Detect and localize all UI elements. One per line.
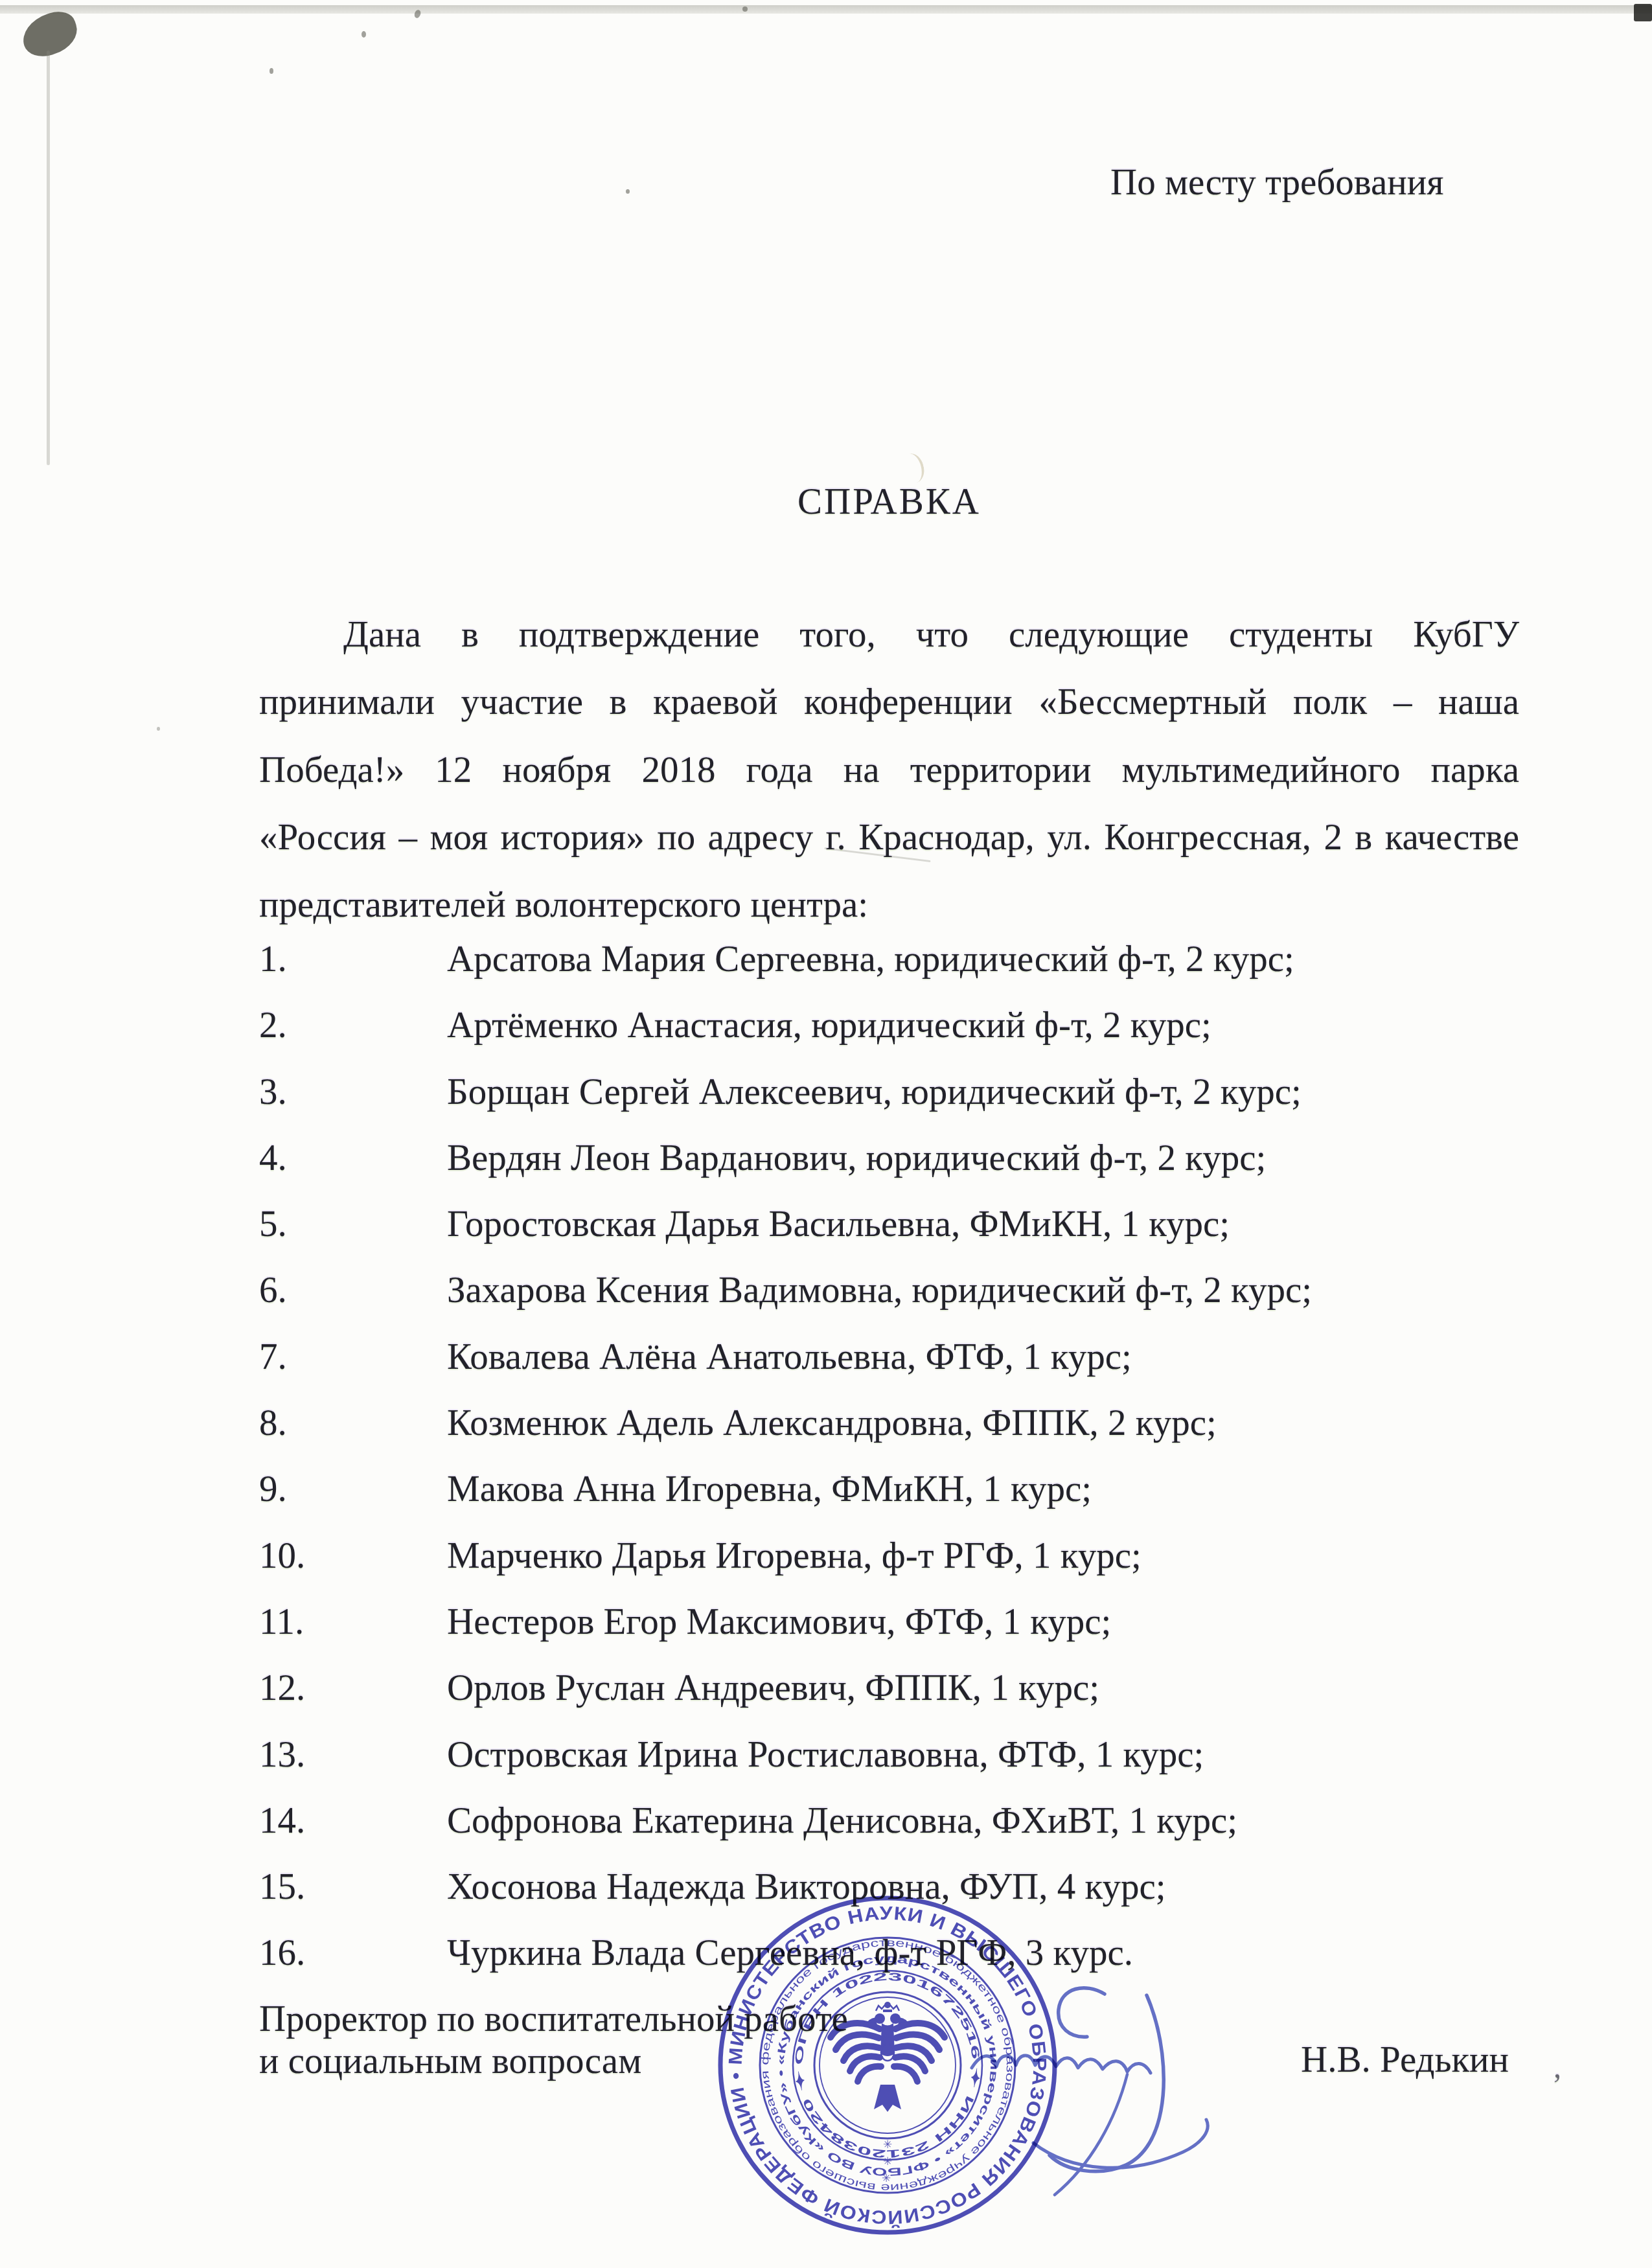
- scan-speck: [157, 727, 160, 731]
- body-line: Победа!» 12 ноября 2018 года на территор…: [259, 737, 1519, 804]
- scan-speck: [742, 6, 748, 12]
- student-number: 14.: [259, 1788, 305, 1854]
- student-row: 3. Борщан Сергей Алексеевич, юридический…: [259, 1059, 1548, 1125]
- student-row: 14. Софронова Екатерина Денисовна, ФХиВТ…: [259, 1788, 1548, 1854]
- svg-text:✳: ✳: [883, 2138, 892, 2151]
- student-number: 16.: [259, 1920, 305, 1986]
- student-text: Козменюк Адель Александровна, ФППК, 2 ку…: [353, 1390, 1217, 1456]
- student-text: Орлов Руслан Андреевич, ФППК, 1 курс;: [353, 1655, 1099, 1721]
- scan-scuff: [899, 452, 927, 486]
- student-number: 6.: [259, 1257, 287, 1323]
- student-text: Софронова Екатерина Денисовна, ФХиВТ, 1 …: [353, 1788, 1237, 1854]
- scan-speck: [626, 189, 630, 194]
- certificate-page: По месту требования СПРАВКА Дана в подтв…: [0, 0, 1652, 2268]
- student-number: 4.: [259, 1125, 287, 1191]
- student-number: 12.: [259, 1655, 305, 1721]
- student-text: Макова Анна Игоревна, ФМиКН, 1 курс;: [353, 1456, 1092, 1522]
- student-number: 13.: [259, 1722, 305, 1788]
- student-text: Горостовская Дарья Васильевна, ФМиКН, 1 …: [353, 1191, 1230, 1257]
- student-text: Островская Ирина Ростиславовна, ФТФ, 1 к…: [353, 1722, 1204, 1788]
- student-text: Арсатова Мария Сергеевна, юридический ф-…: [353, 926, 1294, 992]
- scan-artifact-left-line: [47, 51, 50, 465]
- student-number: 5.: [259, 1191, 287, 1257]
- student-number: 9.: [259, 1456, 287, 1522]
- student-text: Марченко Дарья Игоревна, ф-т РГФ, 1 курс…: [353, 1523, 1141, 1589]
- eagle-icon: [831, 2002, 945, 2112]
- ink-comma-mark: ,: [1554, 2052, 1561, 2083]
- student-number: 1.: [259, 926, 287, 992]
- signer-name: Н.В. Редькин: [1301, 2041, 1509, 2078]
- scan-speck: [413, 9, 422, 19]
- svg-text:✳: ✳: [882, 2172, 891, 2184]
- student-row: 9. Макова Анна Игоревна, ФМиКН, 1 курс;: [259, 1456, 1548, 1522]
- scan-artifact-corner-topright: [1634, 4, 1652, 21]
- svg-text:✳: ✳: [883, 2155, 892, 2168]
- student-row: 10. Марченко Дарья Игоревна, ф-т РГФ, 1 …: [259, 1523, 1548, 1589]
- body-line: Дана в подтверждение того, что следующие…: [259, 601, 1519, 669]
- signature-ink: [933, 1969, 1237, 2216]
- student-row: 1. Арсатова Мария Сергеевна, юридический…: [259, 926, 1548, 992]
- body-line: «Россия – моя история» по адресу г. Крас…: [259, 804, 1519, 871]
- document-title: СПРАВКА: [259, 483, 1519, 520]
- scan-artifact-top-strip: [0, 5, 1652, 14]
- student-row: 2. Артёменко Анастасия, юридический ф-т,…: [259, 992, 1548, 1059]
- student-row: 8. Козменюк Адель Александровна, ФППК, 2…: [259, 1390, 1548, 1456]
- body-paragraph: Дана в подтверждение того, что следующие…: [259, 601, 1519, 939]
- scan-speck: [361, 31, 366, 38]
- student-text: Вердян Леон Варданович, юридический ф-т,…: [353, 1125, 1266, 1191]
- student-row: 7. Ковалева Алёна Анатольевна, ФТФ, 1 ку…: [259, 1324, 1548, 1390]
- student-row: 5. Горостовская Дарья Васильевна, ФМиКН,…: [259, 1191, 1548, 1257]
- student-row: 6. Захарова Ксения Вадимовна, юридически…: [259, 1257, 1548, 1323]
- student-number: 2.: [259, 992, 287, 1059]
- stamp-asterisks: ✳ ✳ ✳: [882, 2138, 892, 2184]
- student-number: 10.: [259, 1523, 305, 1589]
- student-text: Ковалева Алёна Анатольевна, ФТФ, 1 курс;: [353, 1324, 1132, 1390]
- student-row: 4. Вердян Леон Варданович, юридический ф…: [259, 1125, 1548, 1191]
- scan-artifact-corner-topleft: [17, 6, 83, 62]
- scan-speck: [270, 68, 273, 74]
- body-line: принимали участие в краевой конференции …: [259, 669, 1519, 736]
- recipient-line: По месту требования: [1110, 164, 1444, 201]
- student-number: 7.: [259, 1324, 287, 1390]
- student-list: 1. Арсатова Мария Сергеевна, юридический…: [259, 926, 1548, 1987]
- student-number: 3.: [259, 1059, 287, 1125]
- student-row: 11. Нестеров Егор Максимович, ФТФ, 1 кур…: [259, 1589, 1548, 1655]
- student-row: 13. Островская Ирина Ростиславовна, ФТФ,…: [259, 1722, 1548, 1788]
- student-number: 8.: [259, 1390, 287, 1456]
- student-number: 15.: [259, 1854, 305, 1920]
- student-row: 12. Орлов Руслан Андреевич, ФППК, 1 курс…: [259, 1655, 1548, 1721]
- student-text: Нестеров Егор Максимович, ФТФ, 1 курс;: [353, 1589, 1111, 1655]
- student-number: 11.: [259, 1589, 304, 1655]
- signatory-title-line2: и социальным вопросам: [259, 2043, 641, 2079]
- student-text: Артёменко Анастасия, юридический ф-т, 2 …: [353, 992, 1211, 1059]
- student-text: Борщан Сергей Алексеевич, юридический ф-…: [353, 1059, 1302, 1125]
- student-text: Захарова Ксения Вадимовна, юридический ф…: [353, 1257, 1312, 1323]
